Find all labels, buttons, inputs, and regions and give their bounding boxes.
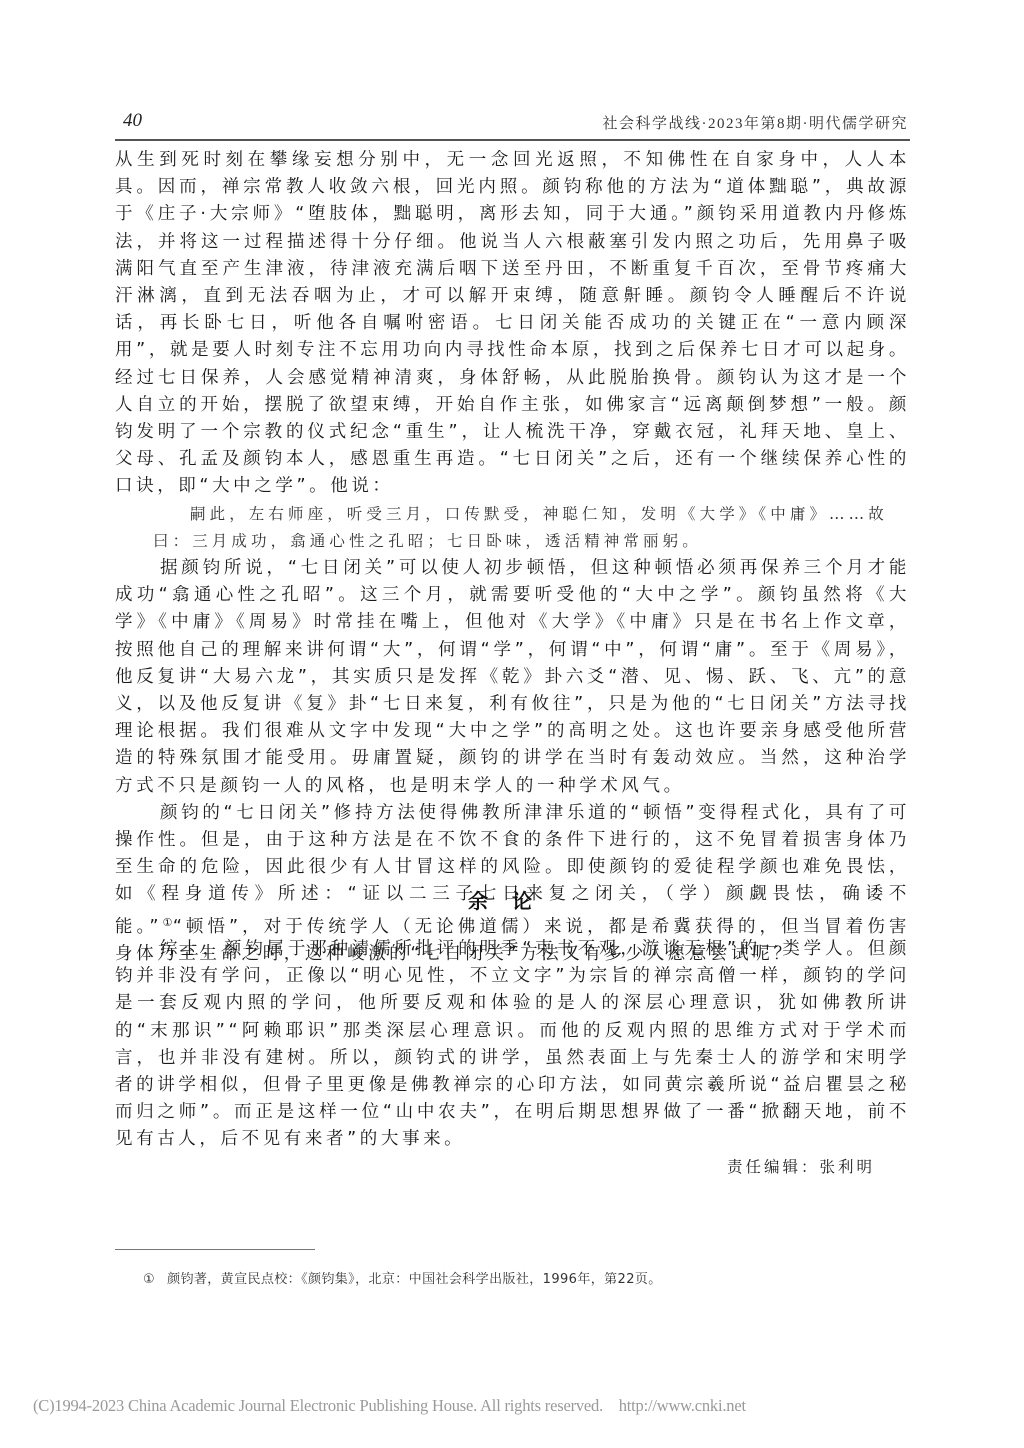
journal-page: 40 社会科学战线·2023年第8期·明代儒学研究 从生到死时刻在攀缘妄想分别中… (0, 0, 1024, 1448)
footnote-mark: ① (143, 1272, 155, 1287)
copyright-footer: (C)1994-2023 China Academic Journal Elec… (33, 1396, 746, 1416)
section-heading: 余论 (0, 885, 1024, 914)
footnote-rule (115, 1249, 315, 1250)
block-quote: 嗣此，左右师座，听受三月，口传默受，神聪仁知，发明《大学》《中庸》……故曰：三月… (115, 501, 910, 555)
paragraph: 综上，颜钧属于那种清儒所批评的明季“束书不观，游谈无根”的一类学人。但颜钧并非没… (115, 936, 910, 1154)
page-number: 40 (123, 110, 142, 132)
responsible-editor: 责任编辑：张利明 (727, 1155, 875, 1177)
footnote-ref[interactable]: ① (162, 916, 173, 929)
footnote-text: 颜钧著，黄宣民点校：《颜钧集》，北京：中国社会科学出版社，1996年，第22页。 (167, 1272, 662, 1287)
paragraph: 据颜钧所说，“七日闭关”可以使人初步顿悟，但这种顿悟必须再保养三个月才能成功“翕… (115, 555, 910, 800)
journal-info: 社会科学战线·2023年第8期·明代儒学研究 (603, 112, 909, 133)
conclusion-body: 综上，颜钧属于那种清儒所批评的明季“束书不观，游谈无根”的一类学人。但颜钧并非没… (115, 936, 910, 1154)
running-head: 40 社会科学战线·2023年第8期·明代儒学研究 (115, 110, 908, 134)
footnote: ①颜钧著，黄宣民点校：《颜钧集》，北京：中国社会科学出版社，1996年，第22页… (143, 1268, 662, 1287)
header-rule (115, 139, 910, 141)
paragraph: 从生到死时刻在攀缘妄想分别中，无一念回光返照，不知佛性在自家身中，人人本具。因而… (115, 147, 910, 501)
article-body: 从生到死时刻在攀缘妄想分别中，无一念回光返照，不知佛性在自家身中，人人本具。因而… (115, 147, 910, 968)
